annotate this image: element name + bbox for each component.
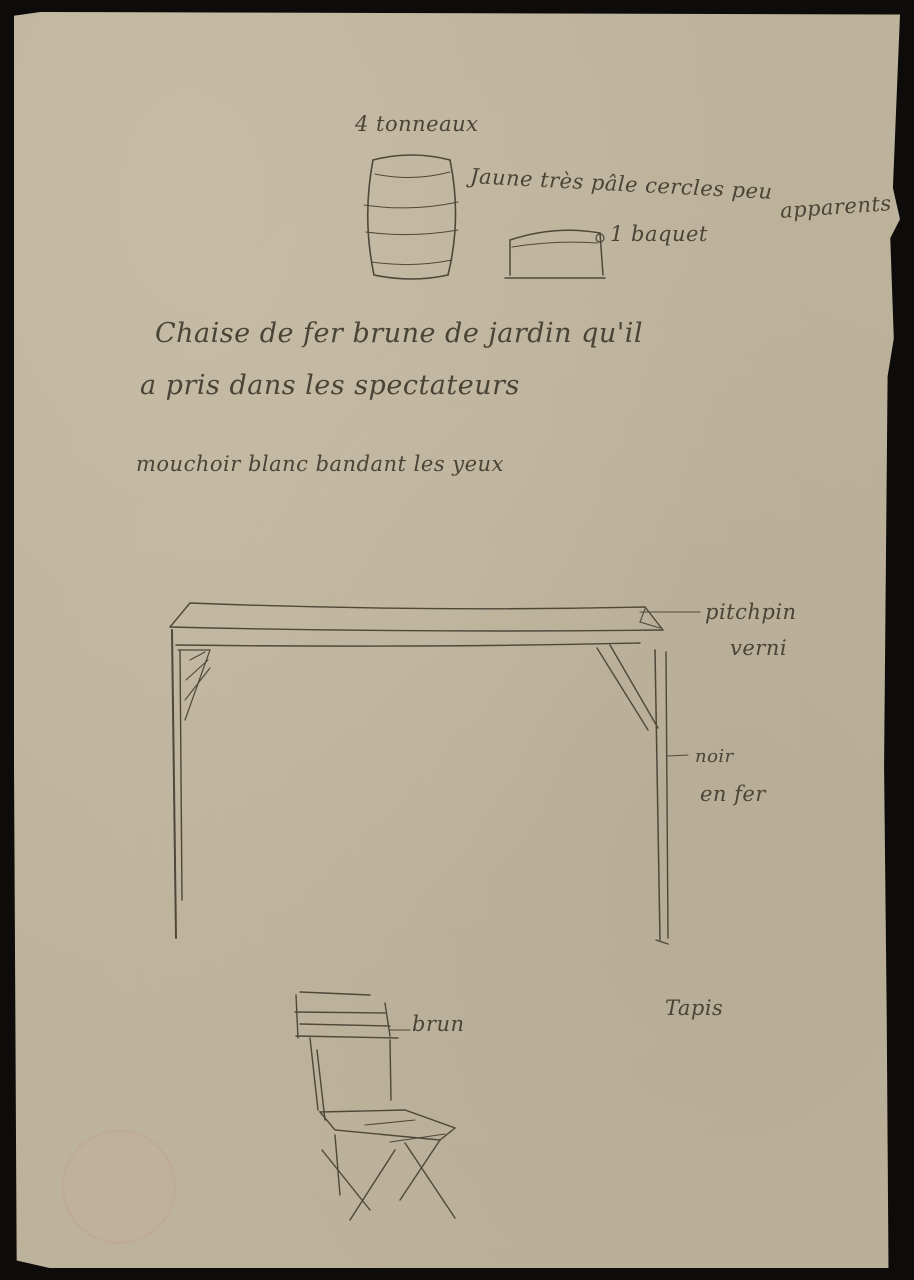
tub-label: 1 baquet (610, 222, 708, 246)
chair-sketch-label: brun (412, 1012, 465, 1036)
table-legs-label: noir (695, 746, 734, 767)
label-leader-noir (668, 755, 688, 756)
chair-note-line2: a pris dans les spectateurs (140, 370, 520, 401)
handkerchief-note: mouchoir blanc bandant les yeux (136, 452, 504, 476)
chair-note-line1: Chaise de fer brune de jardin qu'il (155, 318, 643, 349)
table-top-label: pitchpin (705, 600, 797, 624)
table-sketch (170, 603, 668, 944)
table-legs-material-label: en fer (700, 782, 766, 806)
tub-sketch (505, 230, 605, 278)
table-top-finish-label: verni (730, 636, 787, 660)
rug-label: Tapis (665, 996, 723, 1020)
barrel-sketch (364, 155, 458, 279)
barrels-label: 4 tonneaux (355, 112, 478, 136)
